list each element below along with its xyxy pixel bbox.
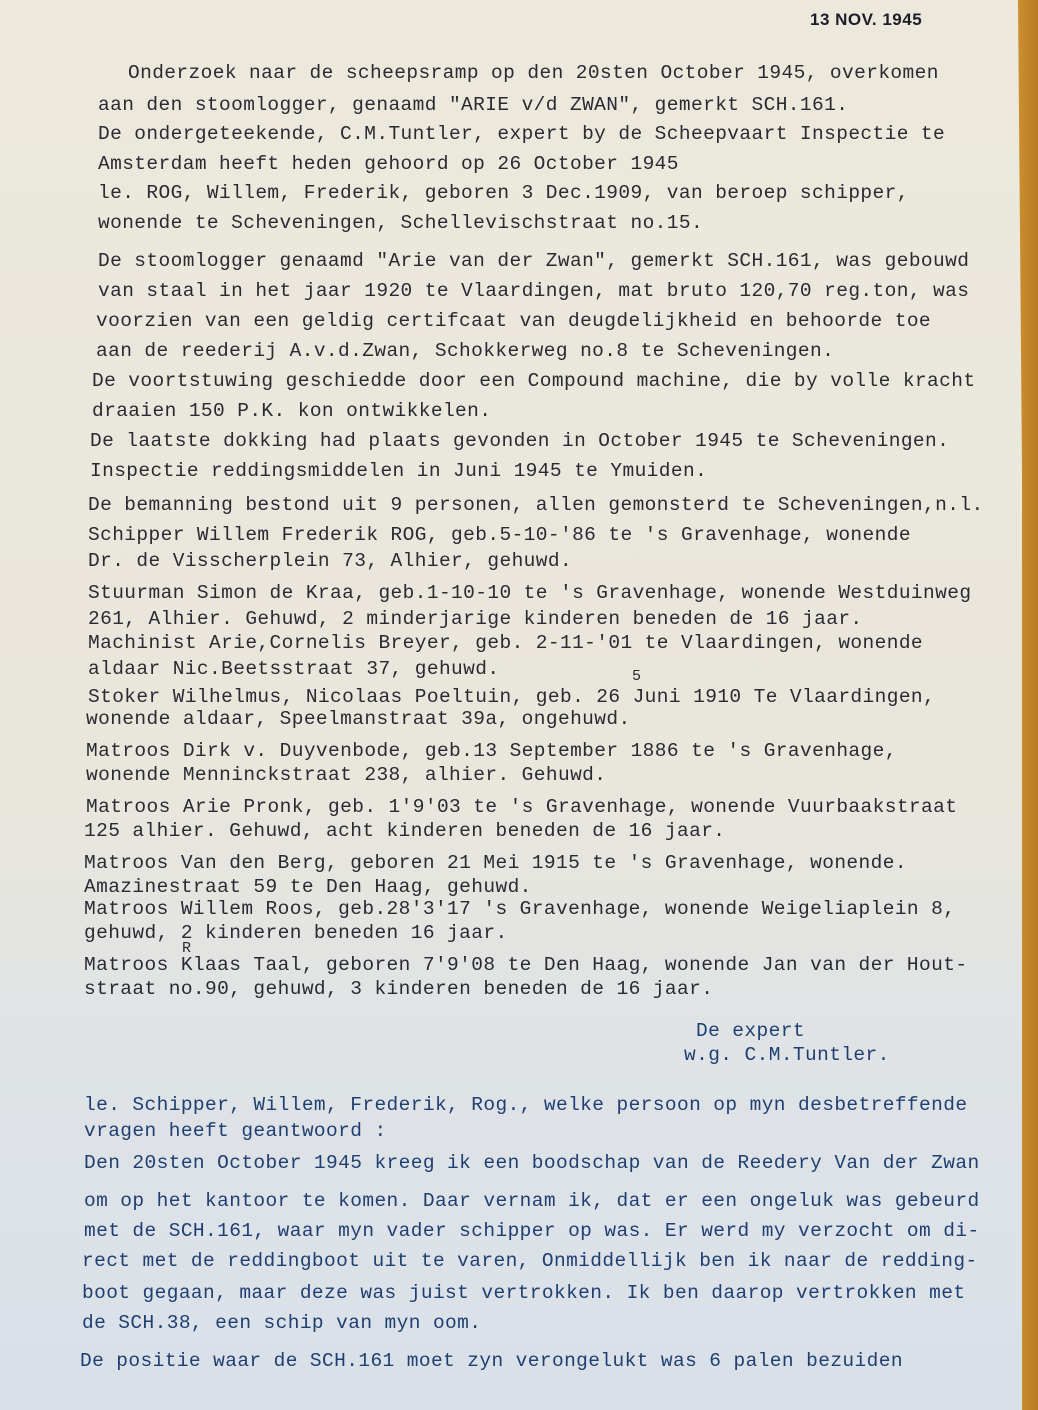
vessel-line: van staal in het jaar 1920 te Vlaardinge… (98, 280, 969, 302)
crew-line: Stoker Wilhelmus, Nicolaas Poeltuin, geb… (88, 686, 935, 708)
intro-line: wonende te Scheveningen, Schellevischstr… (98, 212, 703, 234)
intro-line: Onderzoek naar de scheepsramp op den 20s… (128, 62, 939, 84)
vessel-line: De stoomlogger genaamd "Arie van der Zwa… (98, 250, 969, 272)
vessel-line: Inspectie reddingsmiddelen in Juni 1945 … (90, 460, 707, 482)
intro-line: De ondergeteekende, C.M.Tuntler, expert … (98, 123, 945, 145)
crew-line: wonende aldaar, Speelmanstraat 39a, onge… (86, 708, 631, 730)
crew-line: Amazinestraat 59 te Den Haag, gehuwd. (84, 876, 532, 898)
vessel-line: De voortstuwing geschiedde door een Comp… (92, 370, 975, 392)
testimony-line: met de SCH.161, waar myn vader schipper … (84, 1220, 980, 1242)
crew-line: Matroos Van den Berg, geboren 21 Mei 191… (84, 852, 907, 874)
crew-line: straat no.90, gehuwd, 3 kinderen beneden… (84, 978, 713, 1000)
intro-line: aan den stoomlogger, genaamd "ARIE v/d Z… (98, 94, 848, 116)
vessel-line: De bemanning bestond uit 9 personen, all… (88, 494, 984, 516)
crew-line: Matroos Klaas Taal, geboren 7'9'08 te De… (84, 954, 967, 976)
crew-line: Schipper Willem Frederik ROG, geb.5-10-'… (88, 524, 911, 546)
testimony-line: rect met de reddingboot uit te varen, On… (82, 1250, 978, 1272)
crew-line: Matroos Willem Roos, geb.28'3'17 's Grav… (84, 898, 955, 920)
intro-line: Amsterdam heeft heden gehoord op 26 Octo… (98, 153, 679, 175)
vessel-line: aan de reederij A.v.d.Zwan, Schokkerweg … (96, 340, 834, 362)
vessel-line: De laatste dokking had plaats gevonden i… (90, 430, 949, 452)
vessel-line: draaien 150 P.K. kon ontwikkelen. (92, 400, 491, 422)
crew-line: 261, Alhier. Gehuwd, 2 minderjarige kind… (88, 608, 863, 630)
testimony-line: boot gegaan, maar deze was juist vertrok… (82, 1282, 965, 1304)
signature-name: w.g. C.M.Tuntler. (684, 1044, 890, 1066)
crew-line: gehuwd, 2 kinderen beneden 16 jaar. (84, 922, 508, 944)
crew-line: Stuurman Simon de Kraa, geb.1-10-10 te '… (88, 582, 971, 604)
testimony-line: le. Schipper, Willem, Frederik, Rog., we… (84, 1094, 967, 1116)
date-stamp: 13 NOV. 1945 (810, 10, 922, 30)
handwritten-correction: 5 (632, 668, 641, 685)
typed-document-page: 13 NOV. 1945 Onderzoek naar de scheepsra… (0, 0, 1022, 1410)
testimony-line: de SCH.38, een schip van myn oom. (82, 1312, 481, 1334)
crew-line: Matroos Arie Pronk, geb. 1'9'03 te 's Gr… (86, 796, 957, 818)
crew-line: aldaar Nic.Beetsstraat 37, gehuwd. (88, 658, 499, 680)
signature-title: De expert (696, 1020, 805, 1042)
crew-line: Dr. de Visscherplein 73, Alhier, gehuwd. (88, 550, 572, 572)
testimony-line: Den 20sten October 1945 kreeg ik een boo… (84, 1152, 980, 1174)
testimony-line: om op het kantoor te komen. Daar vernam … (84, 1190, 980, 1212)
testimony-line: De positie waar de SCH.161 moet zyn vero… (80, 1350, 903, 1372)
crew-line: wonende Menninckstraat 238, alhier. Gehu… (86, 764, 606, 786)
crew-line: 125 alhier. Gehuwd, acht kinderen benede… (84, 820, 725, 842)
testimony-line: vragen heeft geantwoord : (84, 1120, 387, 1142)
crew-line: Machinist Arie,Cornelis Breyer, geb. 2-1… (88, 632, 923, 654)
intro-line: le. ROG, Willem, Frederik, geboren 3 Dec… (98, 182, 909, 204)
crew-line: Matroos Dirk v. Duyvenbode, geb.13 Septe… (86, 740, 897, 762)
vessel-line: voorzien van een geldig certifcaat van d… (96, 310, 931, 332)
